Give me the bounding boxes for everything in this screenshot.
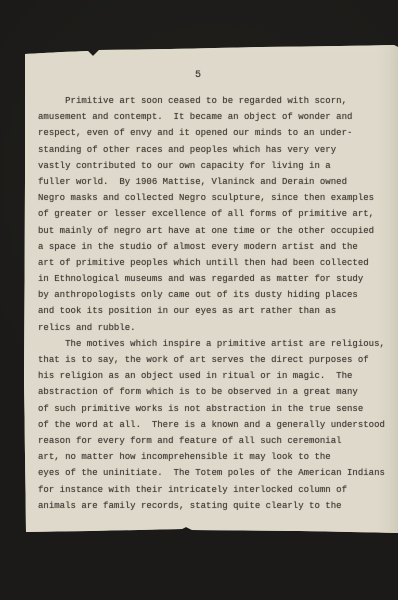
text-line: by anthropologists only came out of its …	[38, 287, 383, 303]
text-line: Primitive art soon ceased to be regarded…	[38, 93, 383, 109]
text-line: that is to say, the work of art serves t…	[38, 352, 383, 368]
page-number: 5	[38, 70, 358, 81]
text-line: animals are family records, stating quit…	[38, 498, 383, 514]
text-line: standing of other races and peoples whic…	[38, 142, 383, 158]
text-line: reason for every form and feature of all…	[38, 433, 383, 449]
text-line: his religion as an object used in ritual…	[38, 368, 383, 384]
text-line: in Ethnological museums and was regarded…	[38, 271, 383, 287]
text-line: amusement and contempt. It became an obj…	[38, 109, 383, 125]
document-page: 5 Primitive art soon ceased to be regard…	[0, 0, 398, 600]
text-line: of greater or lesser excellence of all f…	[38, 206, 383, 222]
text-line: but mainly of negro art have at one time…	[38, 223, 383, 239]
text-line: abstraction of form which is to be obser…	[38, 384, 383, 400]
text-line: The motives which inspire a primitive ar…	[38, 336, 383, 352]
document-text: Primitive art soon ceased to be regarded…	[38, 93, 383, 514]
text-line: Negro masks and collected Negro sculptur…	[38, 190, 383, 206]
text-line: vastly contributed to our own capacity f…	[38, 158, 383, 174]
text-line: relics and rubble.	[38, 320, 383, 336]
photo-background: 5 Primitive art soon ceased to be regard…	[0, 0, 398, 600]
text-line: of the word at all. There is a known and…	[38, 417, 383, 433]
text-line: eyes of the uninitiate. The Totem poles …	[38, 465, 383, 481]
text-line: respect, even of envy and it opened our …	[38, 125, 383, 141]
text-line: a space in the studio of almost every mo…	[38, 239, 383, 255]
text-line: and took its position in our eyes as art…	[38, 303, 383, 319]
text-line: for instance with their intricately inte…	[38, 482, 383, 498]
text-line: art, no matter how incomprehensible it m…	[38, 449, 383, 465]
text-line: of such primitive works is not abstracti…	[38, 401, 383, 417]
text-line: art of primitive peoples which untill th…	[38, 255, 383, 271]
text-line: fuller world. By 1906 Mattise, Vlaninck …	[38, 174, 383, 190]
